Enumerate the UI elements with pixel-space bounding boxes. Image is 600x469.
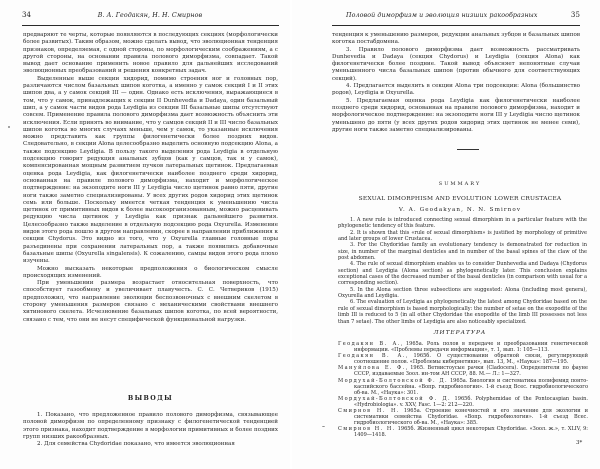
summary-title: SEXUAL DIMORPHISM AND EVOLUTION LOWER CR… — [332, 196, 588, 202]
summary-points: 1. A new rule is introduced connecting s… — [338, 217, 587, 325]
summary-point: 6. The evaluation of Leydigia as phyloge… — [338, 299, 587, 324]
summary-authors: V. A. Geodakyan, N. N. Smirnov — [332, 207, 588, 213]
signature-mark: 3* — [576, 440, 582, 446]
reference-item: Мануйлова Е. Ф., 1965. Ветвистоусые рачк… — [338, 365, 588, 377]
literature-heading: ЛИТЕРАТУРА — [332, 330, 588, 336]
reference-item: Геодакян В. А., 1965б. О существовании о… — [338, 353, 588, 365]
reference-author: Мануйлова Е. Ф. — [338, 365, 406, 371]
running-head-authors: В. А. Геодакян, Н. Н. Смирнов — [22, 12, 278, 19]
summary-label: SUMMARY — [332, 181, 588, 187]
reference-author: Смирнов Н. Н. — [338, 426, 396, 432]
reference-item: Геодакян В. А., 1965а. Роль полов в пере… — [338, 341, 588, 353]
reference-item: Смирнов Н. Н. 1965а. Строение конечносте… — [338, 408, 588, 426]
left-page: 34 В. А. Геодакян, Н. Н. Смирнов предвар… — [0, 0, 290, 469]
conclusions-heading: ВЫВОДЫ — [23, 395, 278, 402]
conclusion-item: тенденция к уменьшению размеров, редукци… — [332, 32, 580, 47]
conclusions-list-left: 1. Показано, что предложенное правило по… — [23, 412, 278, 448]
summary-point: 5. In the Alona section three subsection… — [338, 287, 587, 300]
scan-speck — [322, 426, 325, 427]
section-divider — [457, 149, 479, 150]
reference-author: Мордухай-Болтовской Ф. Д. — [338, 396, 451, 402]
paragraph: Выделенные выше секции хидорид, помимо с… — [23, 76, 278, 266]
conclusion-item: 5. Предлагаемая оценка рода Leydigia как… — [332, 98, 580, 134]
scan-speck — [8, 126, 10, 128]
summary-point: 1. A new rule is introduced connecting s… — [338, 217, 587, 230]
header-rule — [332, 25, 580, 26]
header-rule — [22, 25, 279, 26]
summary-point: 2. It is shown that this «rule of sexual… — [338, 230, 587, 243]
conclusion-item: 1. Показано, что предложенное правило по… — [23, 412, 278, 441]
conclusion-item: 4. Предлагается выделить в секции Alona … — [332, 83, 580, 98]
conclusion-item: 2. Для семейства Chydoridae показано, чт… — [23, 441, 278, 448]
paragraph: При уменьшении размера возрастает относи… — [23, 280, 278, 324]
conclusion-item: 3. Правило полового диморфизма дает возм… — [332, 47, 580, 83]
paragraph: предваряют те черты, которые появляются … — [23, 32, 278, 76]
conclusions-list-right: тенденция к уменьшению размеров, редукци… — [332, 32, 580, 134]
reference-author: Мордухай-Болтовской Ф. Д. — [338, 378, 448, 384]
reference-item: Мордухай-Болтовской Ф. Д. 1965а. Биологи… — [338, 378, 588, 396]
running-head-title: Половой диморфизм и эволюция низших рако… — [346, 12, 594, 19]
body-text-left: предваряют те черты, которые появляются … — [23, 32, 278, 324]
page-number-right: 35 — [571, 11, 580, 19]
paragraph: Можно высказать некоторые предположения … — [23, 266, 278, 281]
reference-list: Геодакян В. А., 1965а. Роль полов в пере… — [338, 341, 588, 439]
summary-point: 3. For the Chydoridae family an evolutio… — [338, 242, 587, 261]
reference-item: Мордухай-Болтовской Ф. Д. 1965б. Polyphe… — [338, 396, 588, 408]
summary-point: 4. The rule of sexual dimorphism enables… — [338, 261, 587, 286]
reference-item: Смирнов Н. Н. 1965б. Жизненный цикл неко… — [338, 426, 588, 438]
